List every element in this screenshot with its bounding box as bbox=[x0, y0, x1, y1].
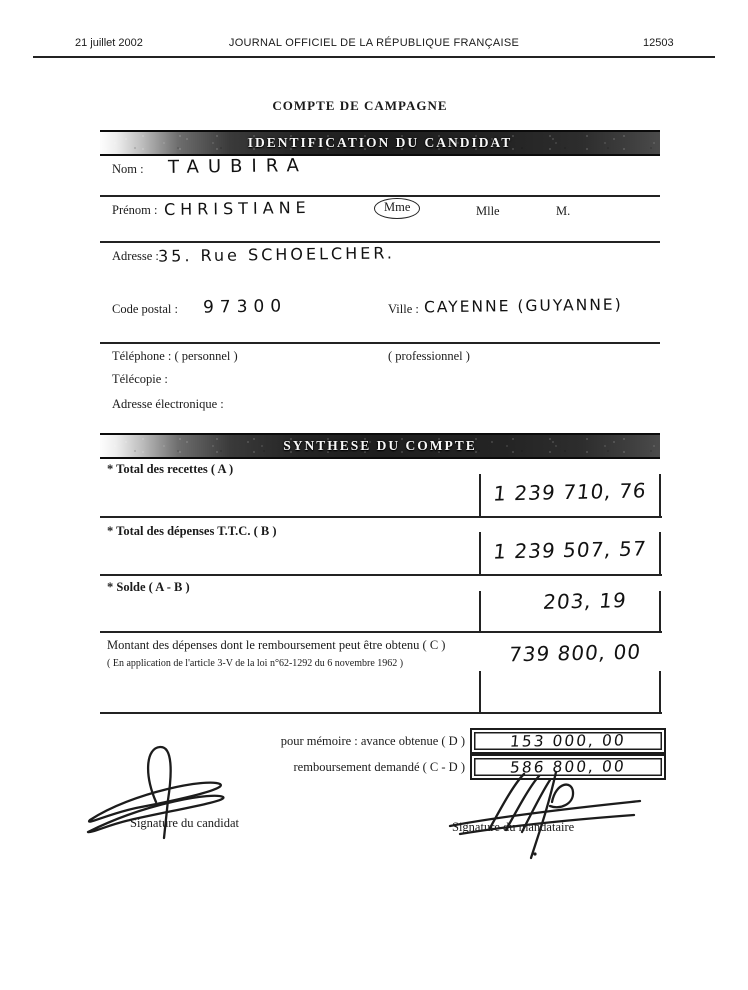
journal-date: 21 juillet 2002 bbox=[75, 37, 143, 49]
remboursement-note: ( En application de l'article 3-V de la … bbox=[107, 658, 403, 669]
code-postal-label: Code postal : bbox=[112, 302, 178, 317]
cell-divider bbox=[479, 532, 481, 574]
rule bbox=[100, 516, 662, 518]
remboursement-demande-label: remboursement demandé ( C - D ) bbox=[180, 760, 465, 775]
prenom-label: Prénom : bbox=[112, 203, 157, 218]
cell-divider bbox=[479, 671, 481, 712]
telephone-pro-label: ( professionnel ) bbox=[388, 349, 470, 364]
signature-candidat-label: Signature du candidat bbox=[130, 816, 239, 831]
total-depenses-label: * Total des dépenses T.T.C. ( B ) bbox=[107, 524, 276, 539]
cell-edge bbox=[659, 591, 661, 631]
total-recettes-value: 1 239 710, 76 bbox=[481, 478, 660, 506]
prenom-value: CHRISTIANE bbox=[164, 198, 311, 219]
synthese-banner: SYNTHESE DU COMPTE bbox=[100, 433, 660, 459]
email-label: Adresse électronique : bbox=[112, 397, 224, 412]
rule bbox=[100, 712, 662, 714]
header-rule bbox=[33, 56, 715, 58]
nom-label: Nom : bbox=[112, 162, 144, 177]
cell-edge bbox=[659, 532, 661, 574]
rule bbox=[100, 195, 660, 197]
cell-divider bbox=[479, 474, 481, 516]
telephone-label: Téléphone : ( personnel ) bbox=[112, 349, 238, 364]
remboursement-demande-box: 586 800, 00 bbox=[470, 754, 666, 780]
adresse-value: 35. Rue SCHOELCHER. bbox=[158, 243, 395, 265]
ville-value: CAYENNE (GUYANNE) bbox=[424, 296, 623, 317]
total-depenses-value: 1 239 507, 57 bbox=[481, 536, 660, 564]
rule bbox=[100, 574, 662, 576]
avance-obtenue-label: pour mémoire : avance obtenue ( D ) bbox=[180, 734, 465, 749]
remboursement-demande-value: 586 800, 00 bbox=[509, 757, 627, 776]
avance-obtenue-value: 153 000, 00 bbox=[509, 731, 627, 750]
civility-m: M. bbox=[556, 204, 570, 219]
signature-mandataire-label: Signature du mandataire bbox=[452, 820, 574, 835]
total-recettes-label: * Total des recettes ( A ) bbox=[107, 462, 233, 477]
journal-title: JOURNAL OFFICIEL DE LA RÉPUBLIQUE FRANÇA… bbox=[154, 37, 594, 49]
identification-banner: IDENTIFICATION DU CANDIDAT bbox=[100, 130, 660, 156]
rule bbox=[100, 631, 662, 633]
civility-mme-circled: Mme bbox=[374, 198, 420, 219]
cell-divider bbox=[479, 591, 481, 631]
adresse-label: Adresse : bbox=[112, 249, 159, 264]
nom-value: TAUBIRA bbox=[168, 155, 308, 178]
solde-label: * Solde ( A - B ) bbox=[107, 580, 190, 595]
cell-edge bbox=[659, 474, 661, 516]
civility-mlle: Mlle bbox=[476, 204, 500, 219]
document-title: COMPTE DE CAMPAGNE bbox=[100, 98, 620, 114]
journal-page-number: 12503 bbox=[643, 37, 674, 49]
rule bbox=[100, 342, 660, 344]
remboursement-value: 739 800, 00 bbox=[494, 639, 657, 666]
mandataire-signature-scribble bbox=[432, 768, 657, 863]
scanned-form-page: 21 juillet 2002 JOURNAL OFFICIEL DE LA R… bbox=[0, 0, 748, 990]
cell-edge bbox=[659, 671, 661, 712]
remboursement-label: Montant des dépenses dont le rembourseme… bbox=[107, 638, 445, 653]
ville-label: Ville : bbox=[388, 302, 419, 317]
code-postal-value: 97300 bbox=[203, 296, 287, 317]
telecopie-label: Télécopie : bbox=[112, 372, 168, 387]
avance-obtenue-box: 153 000, 00 bbox=[470, 728, 666, 754]
solde-value: 203, 19 bbox=[519, 588, 652, 615]
